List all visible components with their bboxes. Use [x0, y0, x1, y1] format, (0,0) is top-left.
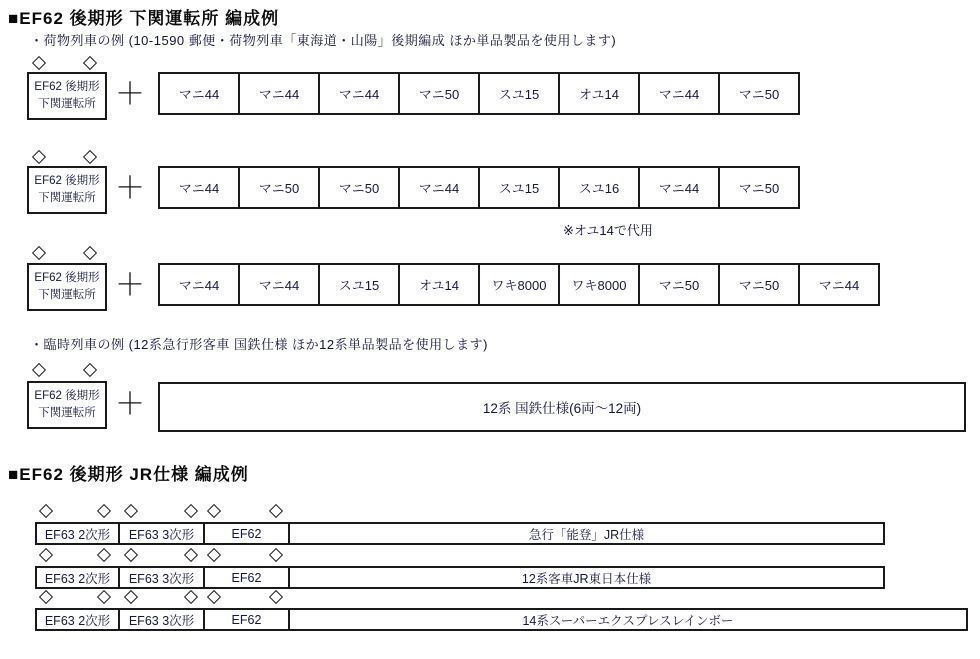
pantograph-diamond-icon: [207, 590, 221, 604]
pantograph-diamond-icon: [32, 363, 46, 377]
pantograph-diamond-icon: [269, 590, 283, 604]
car-box: スユ16: [558, 166, 640, 209]
car-box: マニ44: [318, 72, 400, 115]
pantograph-diamond-icon: [207, 548, 221, 562]
locomotive-box-ef63-2: EF63 2次形: [35, 566, 120, 589]
car-box: マニ50: [718, 166, 800, 209]
locomotive-box-ef62: EF62: [203, 522, 290, 545]
loco-line1: EF62 後期形: [34, 173, 99, 190]
special-train-note: ・臨時列車の例 (12系急行形客車 国鉄仕様 ほか12系単品製品を使用します): [30, 334, 488, 353]
car-box: マニ50: [718, 72, 800, 115]
car-box: マニ50: [718, 263, 800, 306]
car-box: マニ50: [398, 72, 480, 115]
locomotive-box-ef62: EF62: [203, 566, 290, 589]
consist-box: 12系客車JR東日本仕様: [288, 566, 885, 589]
plus-symbol: ＋: [112, 174, 148, 204]
section1-heading: ■EF62 後期形 下関運転所 編成例: [8, 4, 279, 29]
formation-chart-page: ■EF62 後期形 下関運転所 編成例 ・荷物列車の例 (10-1590 郵便・…: [0, 0, 980, 659]
loco-line2: 下関運転所: [38, 96, 96, 113]
car-box: オユ14: [558, 72, 640, 115]
locomotive-box-ef63-3: EF63 3次形: [118, 566, 205, 589]
pantograph-diamond-icon: [184, 548, 198, 562]
locomotive-box-ef62: EF62 後期形 下関運転所: [27, 72, 107, 120]
pantograph-diamond-icon: [83, 56, 97, 70]
loco-line1: EF62 後期形: [34, 270, 99, 287]
special-formation-box: 12系 国鉄仕様(6両～12両): [158, 382, 966, 432]
car-box: マニ44: [238, 72, 320, 115]
pantograph-diamond-icon: [97, 504, 111, 518]
plus-symbol: ＋: [112, 390, 148, 420]
loco-line1: EF62 後期形: [34, 388, 99, 405]
pantograph-diamond-icon: [39, 548, 53, 562]
pantograph-diamond-icon: [124, 590, 138, 604]
pantograph-diamond-icon: [207, 504, 221, 518]
pantograph-diamond-icon: [32, 56, 46, 70]
pantograph-diamond-icon: [269, 504, 283, 518]
pantograph-diamond-icon: [39, 590, 53, 604]
car-box: マニ44: [638, 72, 720, 115]
pantograph-diamond-icon: [184, 590, 198, 604]
car-box: スユ15: [478, 166, 560, 209]
car-box: スユ15: [318, 263, 400, 306]
loco-line2: 下関運転所: [38, 287, 96, 304]
plus-symbol: ＋: [112, 80, 148, 110]
pantograph-diamond-icon: [97, 590, 111, 604]
pantograph-diamond-icon: [97, 548, 111, 562]
locomotive-box-ef62: EF62: [203, 608, 290, 631]
pantograph-diamond-icon: [83, 363, 97, 377]
car-box: マニ50: [318, 166, 400, 209]
pantograph-diamond-icon: [32, 246, 46, 260]
car-box: スユ15: [478, 72, 560, 115]
locomotive-box-ef63-2: EF63 2次形: [35, 608, 120, 631]
car-box: マニ44: [158, 263, 240, 306]
loco-line1: EF62 後期形: [34, 79, 99, 96]
jr-formation-3: EF63 2次形 EF63 3次形 EF62 14系スーパーエクスプレスレインボ…: [35, 608, 968, 631]
consist-box: 14系スーパーエクスプレスレインボー: [288, 608, 968, 631]
locomotive-box-ef62: EF62 後期形 下関運転所: [27, 381, 107, 429]
car-box: マニ44: [158, 166, 240, 209]
plus-symbol: ＋: [112, 271, 148, 301]
pantograph-diamond-icon: [124, 548, 138, 562]
locomotive-box-ef62: EF62 後期形 下関運転所: [27, 166, 107, 214]
jr-formation-1: EF63 2次形 EF63 3次形 EF62 急行「能登」JR仕様: [35, 522, 885, 545]
freight-formation-2: マニ44 マニ50 マニ50 マニ44 スユ15 スユ16 マニ44 マニ50: [158, 166, 800, 209]
pantograph-diamond-icon: [269, 548, 283, 562]
car-box: マニ50: [638, 263, 720, 306]
consist-box: 急行「能登」JR仕様: [288, 522, 885, 545]
locomotive-box-ef63-3: EF63 3次形: [118, 608, 205, 631]
car-box: マニ50: [238, 166, 320, 209]
car-box: ワキ8000: [558, 263, 640, 306]
loco-line2: 下関運転所: [38, 405, 96, 422]
pantograph-diamond-icon: [39, 504, 53, 518]
car-box: マニ44: [398, 166, 480, 209]
freight-formation-1: マニ44 マニ44 マニ44 マニ50 スユ15 オユ14 マニ44 マニ50: [158, 72, 800, 115]
car-box: マニ44: [638, 166, 720, 209]
car-box: マニ44: [238, 263, 320, 306]
substitute-note: ※オユ14で代用: [563, 220, 653, 239]
locomotive-box-ef63-2: EF63 2次形: [35, 522, 120, 545]
pantograph-diamond-icon: [32, 150, 46, 164]
pantograph-diamond-icon: [124, 504, 138, 518]
pantograph-diamond-icon: [83, 246, 97, 260]
section2-heading: ■EF62 後期形 JR仕様 編成例: [8, 460, 249, 485]
freight-formation-3: マニ44 マニ44 スユ15 オユ14 ワキ8000 ワキ8000 マニ50 マ…: [158, 263, 880, 306]
jr-formation-2: EF63 2次形 EF63 3次形 EF62 12系客車JR東日本仕様: [35, 566, 885, 589]
locomotive-box-ef62: EF62 後期形 下関運転所: [27, 263, 107, 311]
car-box: ワキ8000: [478, 263, 560, 306]
locomotive-box-ef63-3: EF63 3次形: [118, 522, 205, 545]
loco-line2: 下関運転所: [38, 190, 96, 207]
pantograph-diamond-icon: [83, 150, 97, 164]
freight-train-note: ・荷物列車の例 (10-1590 郵便・荷物列車「東海道・山陽」後期編成 ほか単…: [30, 30, 616, 49]
car-box: マニ44: [798, 263, 880, 306]
car-box: オユ14: [398, 263, 480, 306]
pantograph-diamond-icon: [184, 504, 198, 518]
car-box: マニ44: [158, 72, 240, 115]
